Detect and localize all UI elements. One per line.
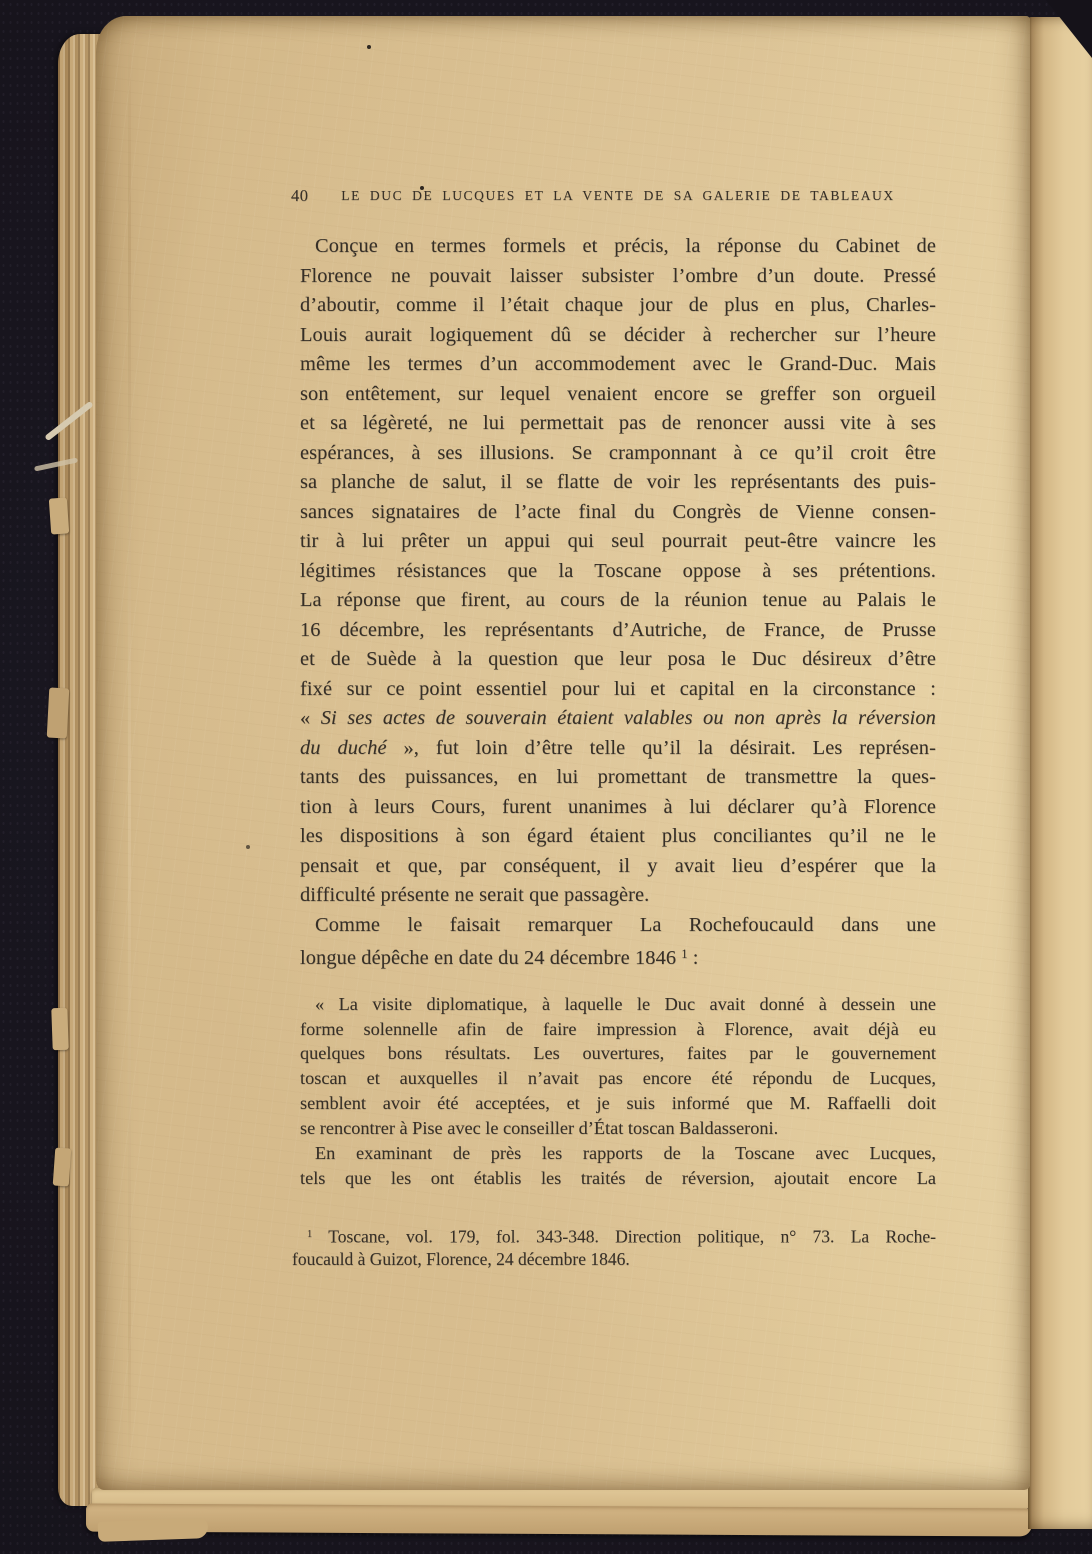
text-segment: espérances, à ses illusions. Se cramponn… [300,442,936,464]
text-segment: tels que les ont établis les traités de … [300,1168,936,1188]
text-segment: Conçue en termes formels et précis, la r… [315,235,936,257]
text-line: tion à leurs Cours, furent unanimes à lu… [300,793,936,823]
text-line: toscan et auxquelles il n’avait pas enco… [300,1066,936,1091]
text-line: et sa légèreté, ne lui permettait pas de… [300,409,936,439]
ink-speck [367,45,371,49]
text-segment: sances signataires de l’acte final du Co… [300,501,936,523]
torn-page-tab [51,1008,68,1051]
running-header: 40 LE DUC DE LUCQUES ET LA VENTE DE SA G… [300,186,936,206]
text-segment: Florence ne pouvait laisser subsister l’… [300,265,936,287]
text-line: foucauld à Guizot, Florence, 24 décembre… [292,1248,936,1271]
text-segment: : [688,947,699,969]
text-line: d’aboutir, comme il l’était chaque jour … [300,291,936,321]
body-block: Comme le faisait remarquer La Rochefouca… [300,911,936,974]
text-segment: forme solennelle afin de faire impressio… [300,1019,936,1039]
text-line: Florence ne pouvait laisser subsister l’… [300,262,936,292]
under-page-edge [86,1504,1032,1537]
text-line: Louis aurait logiquement dû se décider à… [300,321,936,351]
text-block: Conçue en termes formels et précis, la r… [300,232,936,1270]
text-line: difficulté présente ne serait que passag… [300,881,936,911]
text-segment: pensait et que, par conséquent, il y ava… [300,855,936,877]
text-segment: « La visite diplomatique, à laquelle le … [315,994,936,1014]
text-segment: La réponse que firent, au cours de la ré… [300,589,936,611]
text-line: sances signataires de l’acte final du Co… [300,498,936,528]
text-segment: même les termes d’un accommodement avec … [300,353,936,375]
text-line: 1 Toscane, vol. 179, fol. 343-348. Direc… [292,1224,936,1248]
text-segment: et de Suède à la question que leur posa … [300,648,936,670]
text-segment: tion à leurs Cours, furent unanimes à lu… [300,796,936,818]
text-line: tants des puissances, en lui promettant … [300,763,936,793]
text-line: 16 décembre, les représentants d’Autrich… [300,616,936,646]
text-segment: », fut loin d’être telle qu’il la désira… [387,737,936,759]
text-line: La réponse que firent, au cours de la ré… [300,586,936,616]
text-line: forme solennelle afin de faire impressio… [300,1017,936,1042]
text-line: son entêtement, sur lequel venaient enco… [300,380,936,410]
text-segment: 16 décembre, les représentants d’Autrich… [300,619,936,641]
text-segment: « [300,707,321,729]
text-line: « La visite diplomatique, à laquelle le … [300,992,936,1017]
text-segment: d’aboutir, comme il l’était chaque jour … [300,294,936,316]
text-segment: En examinant de près les rapports de la … [315,1143,936,1163]
body-block: Conçue en termes formels et précis, la r… [300,232,936,911]
text-line: En examinant de près les rapports de la … [300,1141,936,1166]
text-segment: Louis aurait logiquement dû se décider à… [300,324,936,346]
text-segment: longue dépêche en date du 24 décembre 18… [300,947,681,969]
text-line: légitimes résistances que la Toscane opp… [300,557,936,587]
scanned-book-photo: 40 LE DUC DE LUCQUES ET LA VENTE DE SA G… [0,0,1092,1554]
text-line: espérances, à ses illusions. Se cramponn… [300,439,936,469]
text-line: sa planche de salut, il se flatte de voi… [300,468,936,498]
text-segment: difficulté présente ne serait que passag… [300,884,649,906]
text-segment: quelques bons résultats. Les ouvertures,… [300,1043,936,1063]
text-segment: tants des puissances, en lui promettant … [300,766,936,788]
text-line: les dispositions à son égard étaient plu… [300,822,936,852]
text-line: quelques bons résultats. Les ouvertures,… [300,1041,936,1066]
page-number: 40 [291,186,309,206]
text-segment: tir à lui prêter un appui qui seul pourr… [300,530,936,552]
running-header-title: LE DUC DE LUCQUES ET LA VENTE DE SA GALE… [300,186,936,204]
text-line: semblent avoir été acceptées, et je suis… [300,1091,936,1116]
footnote-block: 1 Toscane, vol. 179, fol. 343-348. Direc… [292,1224,936,1270]
page-content: 40 LE DUC DE LUCQUES ET LA VENTE DE SA G… [300,186,936,1270]
ink-speck [420,186,424,190]
text-segment: sa planche de salut, il se flatte de voi… [300,471,936,493]
torn-page-tab [47,688,70,739]
torn-page-tab [49,497,69,534]
text-line: du duché », fut loin d’être telle qu’il … [300,734,936,764]
text-line: même les termes d’un accommodement avec … [300,350,936,380]
text-segment: Comme le faisait remarquer La Rochefouca… [315,914,936,936]
text-line: se rencontrer à Pise avec le conseiller … [300,1116,936,1141]
under-page-edge [98,1518,209,1542]
text-segment: Si ses actes de souverain étaient valabl… [321,707,936,729]
quote-block: « La visite diplomatique, à laquelle le … [300,992,936,1191]
text-segment: légitimes résistances que la Toscane opp… [300,560,936,582]
text-line: et de Suède à la question que leur posa … [300,645,936,675]
text-segment: et sa légèreté, ne lui permettait pas de… [300,412,936,434]
text-line: longue dépêche en date du 24 décembre 18… [300,940,936,974]
text-segment: se rencontrer à Pise avec le conseiller … [300,1118,778,1138]
text-line: Conçue en termes formels et précis, la r… [300,232,936,262]
text-line: fixé sur ce point essentiel pour lui et … [300,675,936,705]
text-line: pensait et que, par conséquent, il y ava… [300,852,936,882]
text-line: tels que les ont établis les traités de … [300,1166,936,1191]
text-segment: foucauld à Guizot, Florence, 24 décembre… [292,1249,630,1269]
text-line: tir à lui prêter un appui qui seul pourr… [300,527,936,557]
text-line: Comme le faisait remarquer La Rochefouca… [300,911,936,941]
text-segment: toscan et auxquelles il n’avait pas enco… [300,1068,936,1088]
torn-page-tab [53,1147,72,1186]
text-segment: fixé sur ce point essentiel pour lui et … [300,678,936,700]
text-segment: semblent avoir été acceptées, et je suis… [300,1093,936,1113]
text-segment: les dispositions à son égard étaient plu… [300,825,936,847]
text-line: « Si ses actes de souverain étaient vala… [300,704,936,734]
next-page-sliver [1028,17,1092,1529]
text-segment: du duché [300,737,387,759]
text-segment: son entêtement, sur lequel venaient enco… [300,383,936,405]
page-fold-line [128,30,131,1470]
text-segment: Toscane, vol. 179, fol. 343-348. Directi… [312,1226,936,1246]
ink-speck [246,845,250,849]
